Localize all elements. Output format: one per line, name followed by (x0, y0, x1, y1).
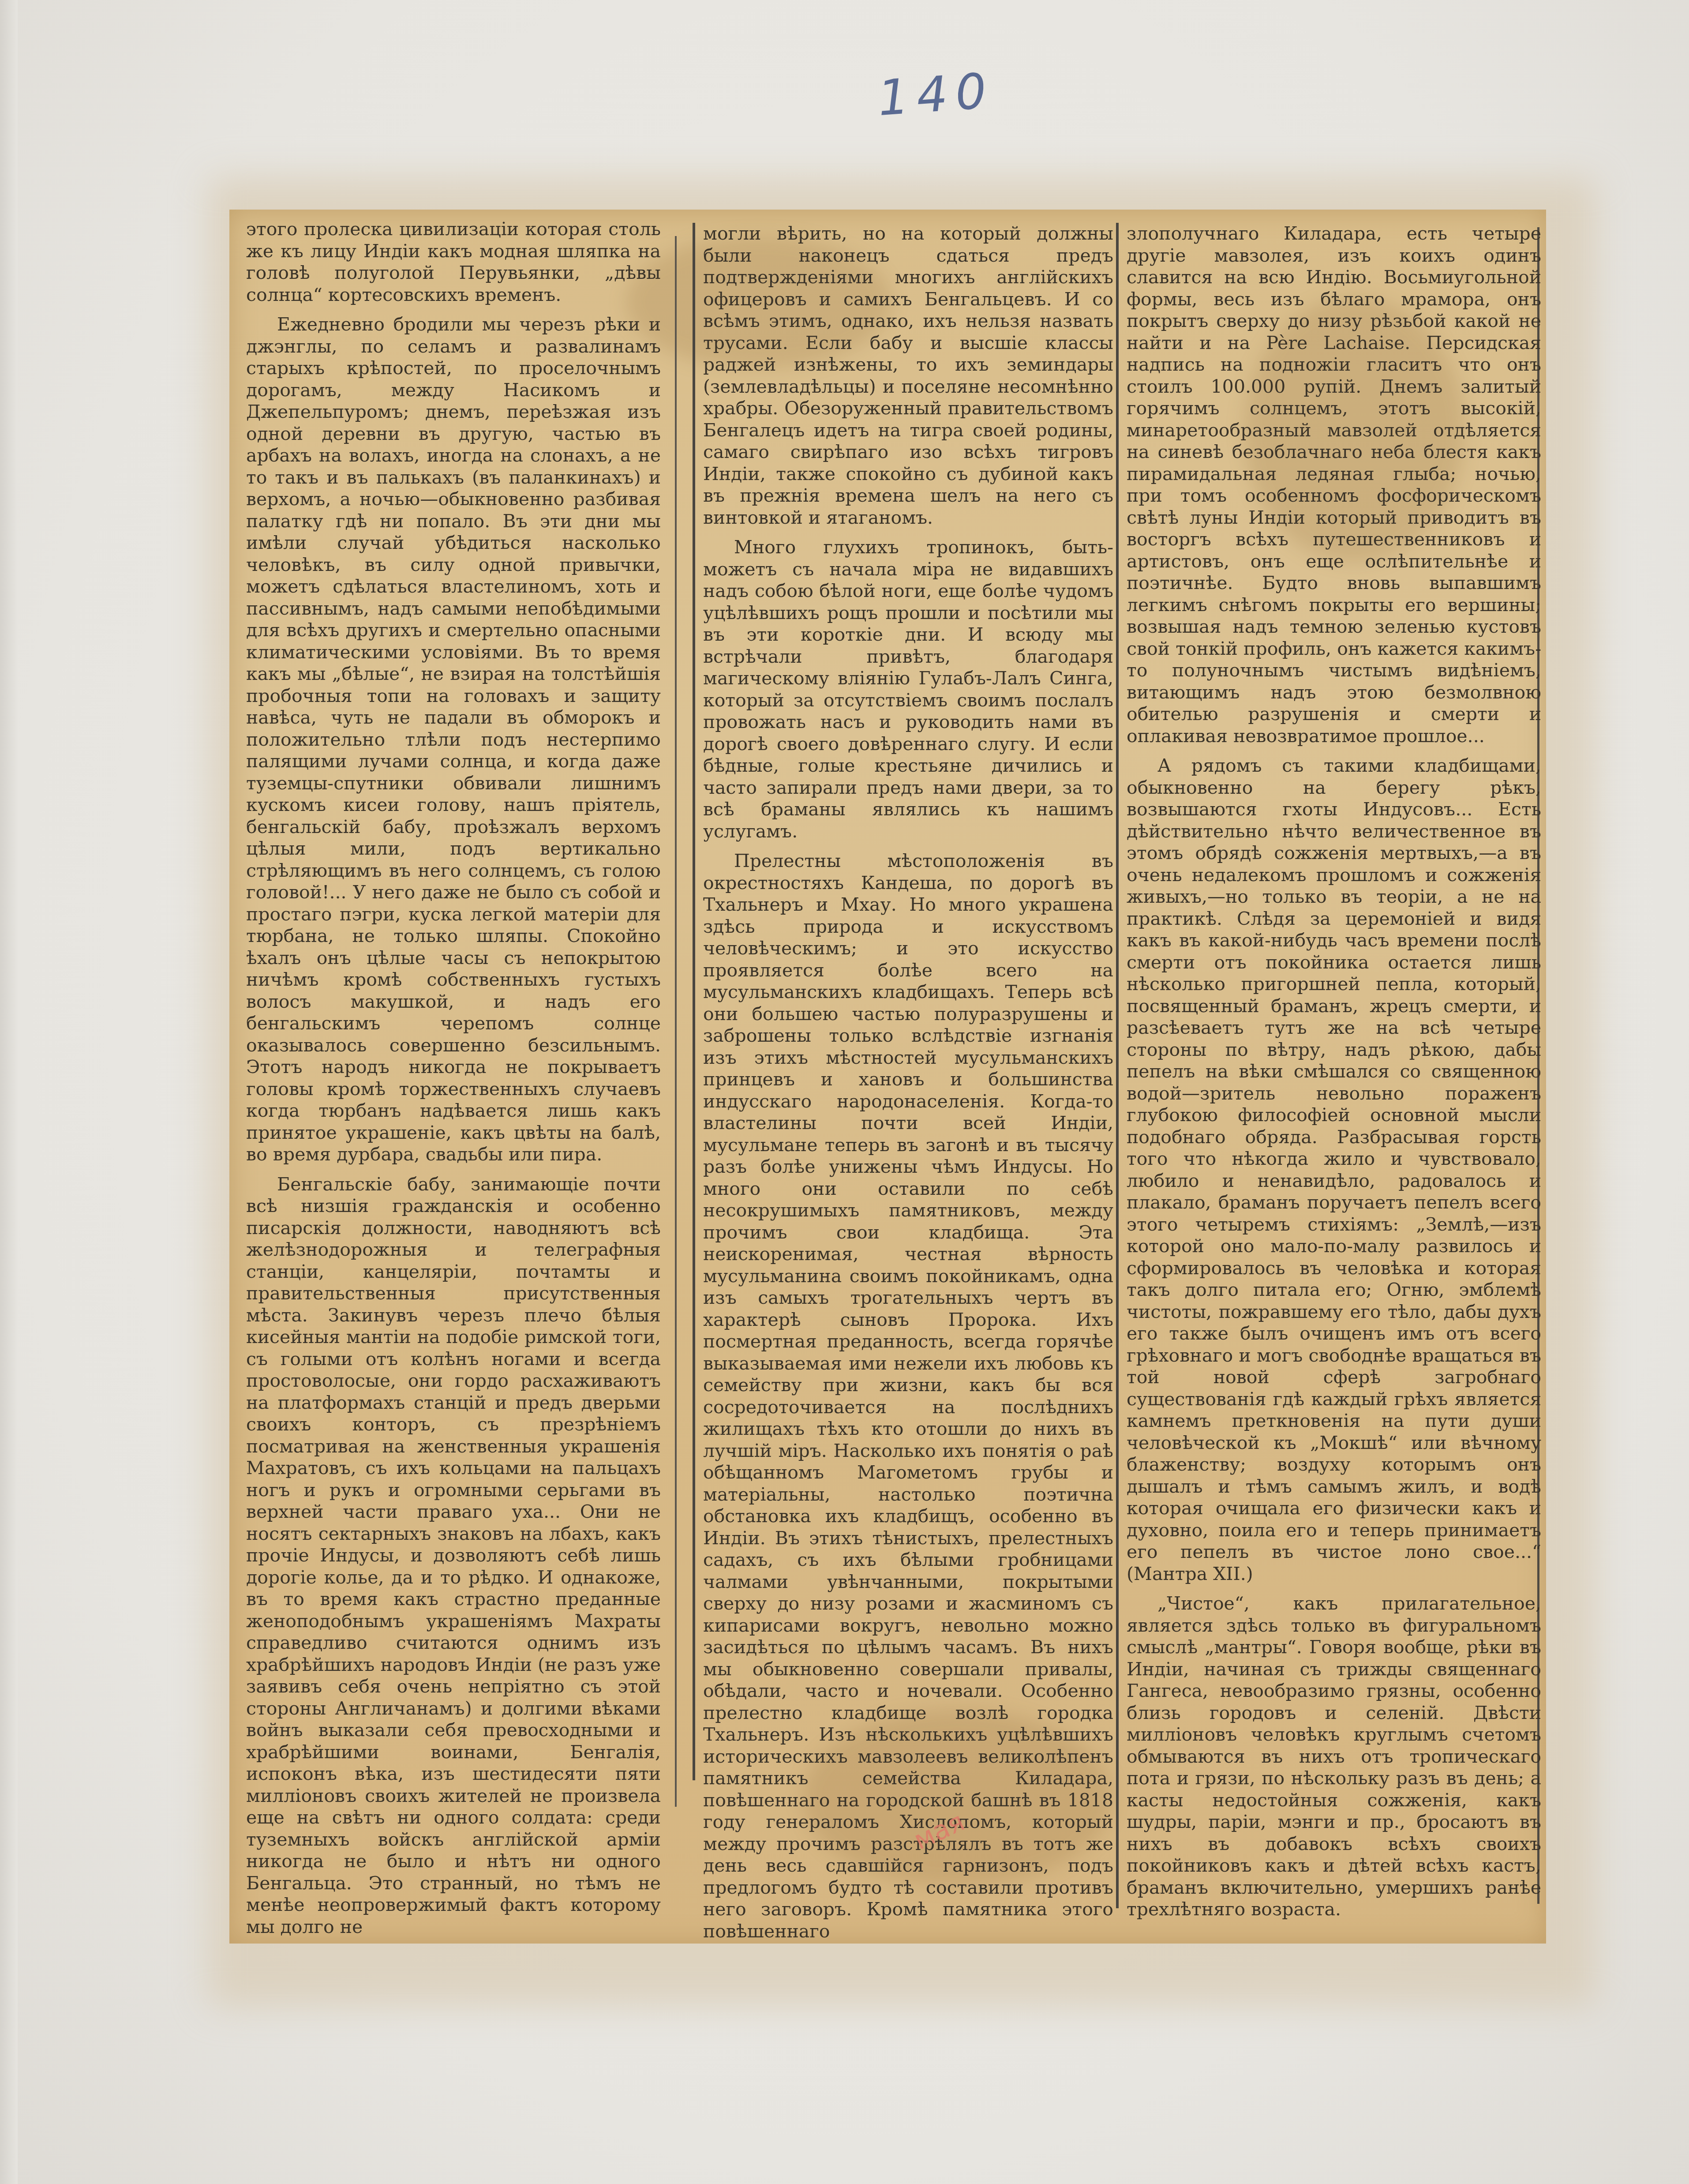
page-left-edge (0, 0, 18, 2184)
newspaper-clipping: этого пролеска цивилизаціи которая столь… (229, 210, 1546, 1944)
text-column-1: этого пролеска цивилизаціи которая столь… (246, 218, 661, 1946)
paragraph: Прелестны мѣстоположенія въ окрестностях… (703, 850, 1113, 1942)
paragraph: могли вѣрить, но на который должны были … (703, 223, 1113, 529)
handwritten-page-number: 140 (876, 62, 996, 127)
paragraph: Бенгальскіе бабу, занимающіе почти всѣ н… (246, 1174, 661, 1938)
column-rule-left (675, 236, 677, 1807)
text-column-3: злополучнаго Киладара, есть четыре другі… (1116, 223, 1541, 1908)
paragraph: Много глухихъ тропинокъ, быть-можетъ съ … (703, 537, 1113, 842)
paragraph: злополучнаго Киладара, есть четыре другі… (1127, 223, 1541, 747)
paragraph: „Чистое“, какъ прилагательное, является … (1127, 1593, 1541, 1921)
text-column-2: могли вѣрить, но на который должны были … (693, 223, 1113, 1780)
paragraph: этого пролеска цивилизаціи которая столь… (246, 218, 661, 306)
paragraph: Ежедневно бродили мы черезъ рѣки и джэнг… (246, 314, 661, 1166)
album-page: 140 этого пролеска цивилизаціи которая с… (0, 0, 1689, 2184)
paragraph: А рядомъ съ такими кладбищами, обыкновен… (1127, 755, 1541, 1585)
